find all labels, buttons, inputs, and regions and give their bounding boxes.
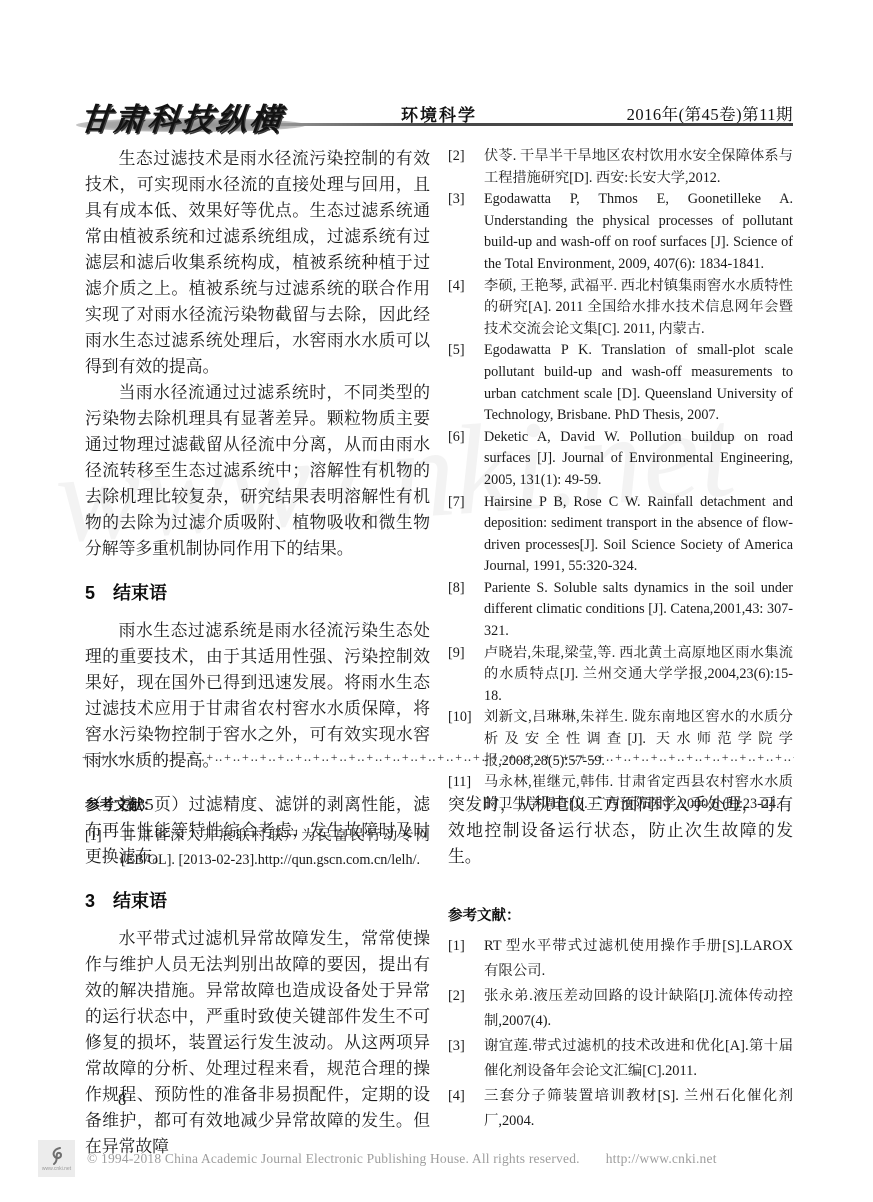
article-divider: +‥+‥+‥+‥+‥+‥+‥+‥+‥+‥+‥+‥+‥+‥+‥+‥+‥+‥+‥+‥… bbox=[82, 750, 794, 765]
cnki-logo: www.cnki.net bbox=[38, 1140, 75, 1177]
reference-number: [4] bbox=[448, 1084, 484, 1134]
reference-text: Egodawatta P, Thmos E, Goonetilleke A. U… bbox=[484, 189, 793, 275]
cnki-logo-caption: www.cnki.net bbox=[42, 1166, 71, 1172]
reference-item: [9] 卢晓岩,朱琨,梁莹,等. 西北黄土高原地区雨水集流的水质特点[J]. 兰… bbox=[448, 643, 793, 708]
reference-number: [7] bbox=[448, 492, 484, 578]
reference-number: [9] bbox=[448, 643, 484, 708]
reference-text: Deketic A, David W. Pollution buildup on… bbox=[484, 427, 793, 492]
reference-number: [6] bbox=[448, 427, 484, 492]
journal-logo: 甘肃科技纵横 bbox=[78, 94, 287, 139]
reference-item: [6] Deketic A, David W. Pollution buildu… bbox=[448, 427, 793, 492]
copyright-text: © 1994-2018 China Academic Journal Elect… bbox=[87, 1151, 580, 1167]
paragraph: 生态过滤技术是雨水径流污染控制的有效技术，可实现雨水径流的直接处理与回用，且具有… bbox=[85, 146, 430, 380]
article2-right-column: 突发时，从机电仪三方面同时入手处理，可有效地控制设备运行状态，防止次生故障的发生… bbox=[448, 792, 793, 1160]
footer: www.cnki.net © 1994-2018 China Academic … bbox=[38, 1140, 717, 1177]
section-heading: 5 结束语 bbox=[85, 579, 430, 605]
reference-number: [3] bbox=[448, 1034, 484, 1084]
header-rule bbox=[270, 123, 793, 126]
reference-item: [3] Egodawatta P, Thmos E, Goonetilleke … bbox=[448, 189, 793, 275]
footer-text: © 1994-2018 China Academic Journal Elect… bbox=[87, 1151, 717, 1167]
reference-item: [3] 谢宜莲.带式过滤机的技术改进和优化[A].第十届催化剂设备年会论文汇编[… bbox=[448, 1034, 793, 1084]
reference-item: [5] Egodawatta P K. Translation of small… bbox=[448, 340, 793, 426]
reference-text: 三套分子筛装置培训教材[S]. 兰州石化催化剂厂,2004. bbox=[484, 1084, 793, 1134]
reference-text: 李硕, 王艳琴, 武福平. 西北村镇集雨窖水水质特性的研究[A]. 2011 全… bbox=[484, 276, 793, 341]
section-number: 5 bbox=[85, 583, 95, 604]
continuation-paragraph: （上接35页）过滤精度、滤饼的剥离性能，滤布再生性能等特性综合考虑，发生故障时及… bbox=[85, 792, 430, 870]
references-label: 参考文献： bbox=[448, 904, 793, 925]
reference-item: [2] 伏苓. 干旱半干旱地区农村饮用水安全保障体系与工程措施研究[D]. 西安… bbox=[448, 146, 793, 189]
reference-number: [4] bbox=[448, 276, 484, 341]
reference-text: Pariente S. Soluble salts dynamics in th… bbox=[484, 578, 793, 643]
reference-text: 卢晓岩,朱琨,梁莹,等. 西北黄土高原地区雨水集流的水质特点[J]. 兰州交通大… bbox=[484, 643, 793, 708]
reference-text: 谢宜莲.带式过滤机的技术改进和优化[A].第十届催化剂设备年会论文汇编[C].2… bbox=[484, 1034, 793, 1084]
section-title-text: 结束语 bbox=[113, 579, 167, 605]
footer-url: http://www.cnki.net bbox=[606, 1151, 717, 1167]
article2: （上接35页）过滤精度、滤饼的剥离性能，滤布再生性能等特性综合考虑，发生故障时及… bbox=[85, 792, 793, 1160]
page-number: 8 bbox=[118, 1090, 126, 1110]
article2-left-column: （上接35页）过滤精度、滤饼的剥离性能，滤布再生性能等特性综合考虑，发生故障时及… bbox=[85, 792, 430, 1160]
reference-text: Hairsine P B, Rose C W. Rainfall detachm… bbox=[484, 492, 793, 578]
paragraph: 突发时，从机电仪三方面同时入手处理，可有效地控制设备运行状态，防止次生故障的发生… bbox=[448, 792, 793, 870]
section-title-text: 结束语 bbox=[113, 887, 167, 913]
reference-number: [5] bbox=[448, 340, 484, 426]
reference-item: [7] Hairsine P B, Rose C W. Rainfall det… bbox=[448, 492, 793, 578]
reference-text: RT 型水平带式过滤机使用操作手册[S].LAROX 有限公司. bbox=[484, 934, 793, 984]
reference-item: [4] 李硕, 王艳琴, 武福平. 西北村镇集雨窖水水质特性的研究[A]. 20… bbox=[448, 276, 793, 341]
section-heading: 3 结束语 bbox=[85, 887, 430, 913]
paragraph: 当雨水径流通过过滤系统时，不同类型的污染物去除机理具有显著差异。颗粒物质主要通过… bbox=[85, 380, 430, 562]
reference-number: [8] bbox=[448, 578, 484, 643]
reference-item: [8] Pariente S. Soluble salts dynamics i… bbox=[448, 578, 793, 643]
reference-number: [3] bbox=[448, 189, 484, 275]
journal-page: www.cnki.net 甘肃科技纵横 环境科学 2016年(第45卷)第11期… bbox=[0, 0, 873, 1202]
reference-number: [2] bbox=[448, 146, 484, 189]
paragraph: 水平带式过滤机异常故障发生，常常使操作与维护人员无法判别出故障的要因，提出有效的… bbox=[85, 926, 430, 1160]
reference-item: [4] 三套分子筛装置培训教材[S]. 兰州石化催化剂厂,2004. bbox=[448, 1084, 793, 1134]
section-number: 3 bbox=[85, 891, 95, 912]
issue-info: 2016年(第45卷)第11期 bbox=[627, 101, 793, 125]
cnki-swirl-icon bbox=[48, 1146, 66, 1166]
reference-text: 伏苓. 干旱半干旱地区农村饮用水安全保障体系与工程措施研究[D]. 西安:长安大… bbox=[484, 146, 793, 189]
reference-number: [1] bbox=[448, 934, 484, 984]
reference-number: [2] bbox=[448, 984, 484, 1034]
reference-text: 张永弟.液压差动回路的设计缺陷[J].流体传动控制,2007(4). bbox=[484, 984, 793, 1034]
reference-item: [1] RT 型水平带式过滤机使用操作手册[S].LAROX 有限公司. bbox=[448, 934, 793, 984]
reference-item: [2] 张永弟.液压差动回路的设计缺陷[J].流体传动控制,2007(4). bbox=[448, 984, 793, 1034]
reference-text: Egodawatta P K. Translation of small-plo… bbox=[484, 340, 793, 426]
